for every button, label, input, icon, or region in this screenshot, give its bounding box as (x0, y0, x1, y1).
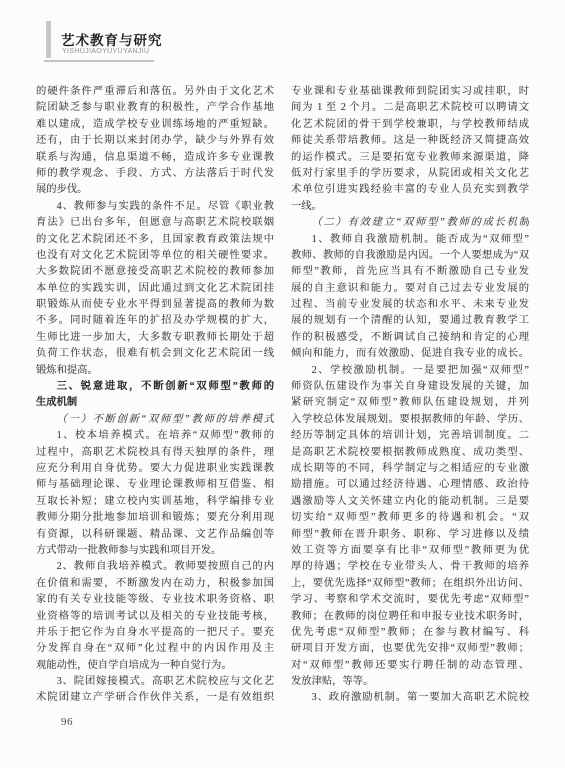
text-line: 师的教学观念、手段、方式、方法落后于时代发 (36, 166, 274, 182)
text-line: 化艺术院团的骨干到学校兼职，与学校教师结成 (291, 117, 529, 133)
text-line: 过程、当前专业发展的状态和水平、未来专业发 (291, 297, 529, 313)
text-line: 师徒关系带培教师。这是一种既经济又简捷高效 (291, 133, 529, 149)
text-line: 的运作模式。三是要拓宽专业教师来源渠道，降 (291, 150, 529, 166)
text-line: 4、教师参与实践的条件不足。尽管《职业教 (36, 199, 274, 215)
text-line: 1、教师自我激励机制。能否成为“双师型” (291, 232, 529, 248)
text-line: 间为 1 至 2 个月。二是高职艺术院校可以聘请文 (291, 100, 529, 116)
text-line: 分发挥自身在“双师”化过程中的内因作用及主 (36, 641, 274, 657)
text-line: 联系与沟通，信息渠道不畅，造成许多专业课教 (36, 150, 274, 166)
text-line: 教师；在教师的岗位聘任和申报专业技术职务时， (291, 609, 529, 625)
text-line: 3、院团嫁接模式。高职艺术院校应与文化艺 (36, 674, 274, 690)
text-line: 过程中，高职艺术院校具有得天独厚的条件，理 (36, 445, 274, 461)
text-line: 三、锐意进取，不断创新“双师型”教师的 (36, 379, 274, 395)
text-line: 负荷工作状态，很难有机会到文化艺术院团一线 (36, 346, 274, 362)
text-line: 家的有关专业技能等级、专业技术职务资格、职 (36, 592, 274, 608)
text-line: 本单位的实践实训，因此通过到文化艺术院团挂 (36, 281, 274, 297)
left-column: 的硬件条件严重滞后和落伍。另外由于文化艺术院团缺乏参与职业教育的积极性，产学合作… (36, 84, 274, 707)
text-line: 紧研究制定“双师型”教师队伍建设规划，并列 (291, 395, 529, 411)
text-line: 效工资等方面要享有比非“双师型”教师更为优 (291, 543, 529, 559)
right-column: 专业课和专业基础课教师到院团实习或挂职，时间为 1 至 2 个月。二是高职艺术院… (291, 84, 529, 707)
text-line: 的文化艺术院团还不多，且国家教育政策法规中 (36, 232, 274, 248)
text-line: 作的积极感受，不断调试自己接纳和肯定的心理 (291, 330, 529, 346)
text-line: 职锻炼从而使专业水平得到显著提高的教师为数 (36, 297, 274, 313)
text-line: 展的步伐。 (36, 182, 274, 198)
journal-page: 艺术教育与研究 YISHUJIAOYUYUYANJIU 的硬件条件严重滞后和落伍… (0, 0, 565, 768)
journal-title-pinyin: YISHUJIAOYUYUYANJIU (62, 48, 149, 55)
text-line: 师型”教师，首先应当具有不断激励自己专业发 (291, 264, 529, 280)
text-line: 也没有对文化艺术院团等单位的相关硬性要求。 (36, 248, 274, 264)
text-line: 一线。 (291, 199, 529, 215)
text-line: 教师、教师的自我激励是内因。一个人要想成为“双 (291, 248, 529, 264)
header-divider (44, 60, 154, 62)
page-number: 96 (61, 716, 73, 728)
text-line: 师与基础理论课、专业理论课教师相互借鉴、相 (36, 477, 274, 493)
text-line: 在价值和需要，不断激发内在动力，积极参加国 (36, 576, 274, 592)
text-line: 经历等制定具体的培训计划，完善培训制度。二 (291, 428, 529, 444)
text-line: 3、政府激励机制。第一要加大高职艺术院校 (291, 690, 529, 706)
text-line: 入学校总体发展规划。要根据教师的年龄、学历、 (291, 412, 529, 428)
header-accent-bar (46, 21, 51, 58)
text-line: 不多。同时随着连年的扩招及办学规模的扩大， (36, 313, 274, 329)
text-line: （二）有效建立“双师型”教师的成长机制 (291, 215, 529, 231)
text-line: 研项目开发方面，也要优先安排“双师型”教师； (291, 641, 529, 657)
text-line: 难以建成，造成学校专业训练场地的严重短缺。 (36, 117, 274, 133)
text-line: 术单位引进实践经验丰富的专业人员充实到教学 (291, 182, 529, 198)
text-line: 是高职艺术院校要根据教师成熟度、成功类型、 (291, 445, 529, 461)
text-line: 厚的待遇；学校在专业带头人、骨干教师的培养 (291, 559, 529, 575)
text-line: 观能动性，使自学自培成为一种自觉行为。 (36, 658, 274, 674)
text-line: 展的规划有一个清醒的认知，要通过教育教学工 (291, 313, 529, 329)
text-line: 遇激励等人文关怀建立内化的能动机制。三是要 (291, 494, 529, 510)
text-line: 的硬件条件严重滞后和落伍。另外由于文化艺术 (36, 84, 274, 100)
text-line: 倾向和能力，而有效激励、促进自我专业的成长。 (291, 346, 529, 362)
text-line: 专业课和专业基础课教师到院团实习或挂职，时 (291, 84, 529, 100)
text-line: 大多数院团不愿意接受高职艺术院校的教师参加 (36, 264, 274, 280)
journal-title: 艺术教育与研究 (61, 29, 163, 49)
text-line: 术院团建立产学研合作伙伴关系，一是有效组织 (36, 690, 274, 706)
text-line: 1、校本培养模式。在培养“双师型”教师的 (36, 428, 274, 444)
text-line: 生师比进一步加大，大多数专职教师长期处于超 (36, 330, 274, 346)
text-line: 2、学校激励机制。一是要把加强“双师型” (291, 363, 529, 379)
text-line: 师型”教师在晋升职务、职称、学习进修以及绩 (291, 527, 529, 543)
text-line: 方式带动一批教师参与实践和项目开发。 (36, 543, 274, 559)
text-line: 育法》已出台多年，但愿意与高职艺术院校联姻 (36, 215, 274, 231)
text-line: 互取长补短；建立校内实训基地，科学编排专业 (36, 494, 274, 510)
text-line: 成长期等的不同，科学制定与之相适应的专业激 (291, 461, 529, 477)
text-line: 学习、考察和学术交流时，要优先考虑“双师型” (291, 592, 529, 608)
text-line: 生成机制 (36, 395, 274, 411)
text-line: 低对行家里手的学历要求，从院团或相关文化艺 (291, 166, 529, 182)
text-line: （一）不断创新“双师型”教师的培养模式 (36, 412, 274, 428)
text-line: 教师分期分批地参加培训和锻炼；要充分利用现 (36, 510, 274, 526)
text-line: 应充分利用自身优势。要大力促进职业实践课教 (36, 461, 274, 477)
text-line: 励措施。可以通过经济待遇、心理情感、政治待 (291, 477, 529, 493)
text-line: 锻炼和提高。 (36, 363, 274, 379)
text-line: 业资格等的培训考试以及相关的专业技能考核， (36, 609, 274, 625)
text-line: 还有，由于长期以来封闭办学，缺少与外界有效 (36, 133, 274, 149)
text-line: 优先考虑“双师型”教师；在参与教材编写、科 (291, 625, 529, 641)
text-line: 院团缺乏参与职业教育的积极性，产学合作基地 (36, 100, 274, 116)
text-line: 并乐于把它作为自身水平提高的一把尺子。要充 (36, 625, 274, 641)
text-line: 发放津贴，等等。 (291, 674, 529, 690)
text-line: 2、教师自我培养模式。教师要按照自己的内 (36, 559, 274, 575)
text-line: 切实给“双师型”教师更多的待遇和机会。“双 (291, 510, 529, 526)
text-line: 展的自主意识和能力。要对自己过去专业发展的 (291, 281, 529, 297)
text-line: 对“双师型”教师还要实行聘任制的动态管理、 (291, 658, 529, 674)
text-line: 师资队伍建设作为事关自身建设发展的关键，加 (291, 379, 529, 395)
text-line: 有资源，以科研课题、精品课、文艺作品编创等 (36, 527, 274, 543)
text-line: 上，要优先选择“双师型”教师；在组织外出访问、 (291, 576, 529, 592)
